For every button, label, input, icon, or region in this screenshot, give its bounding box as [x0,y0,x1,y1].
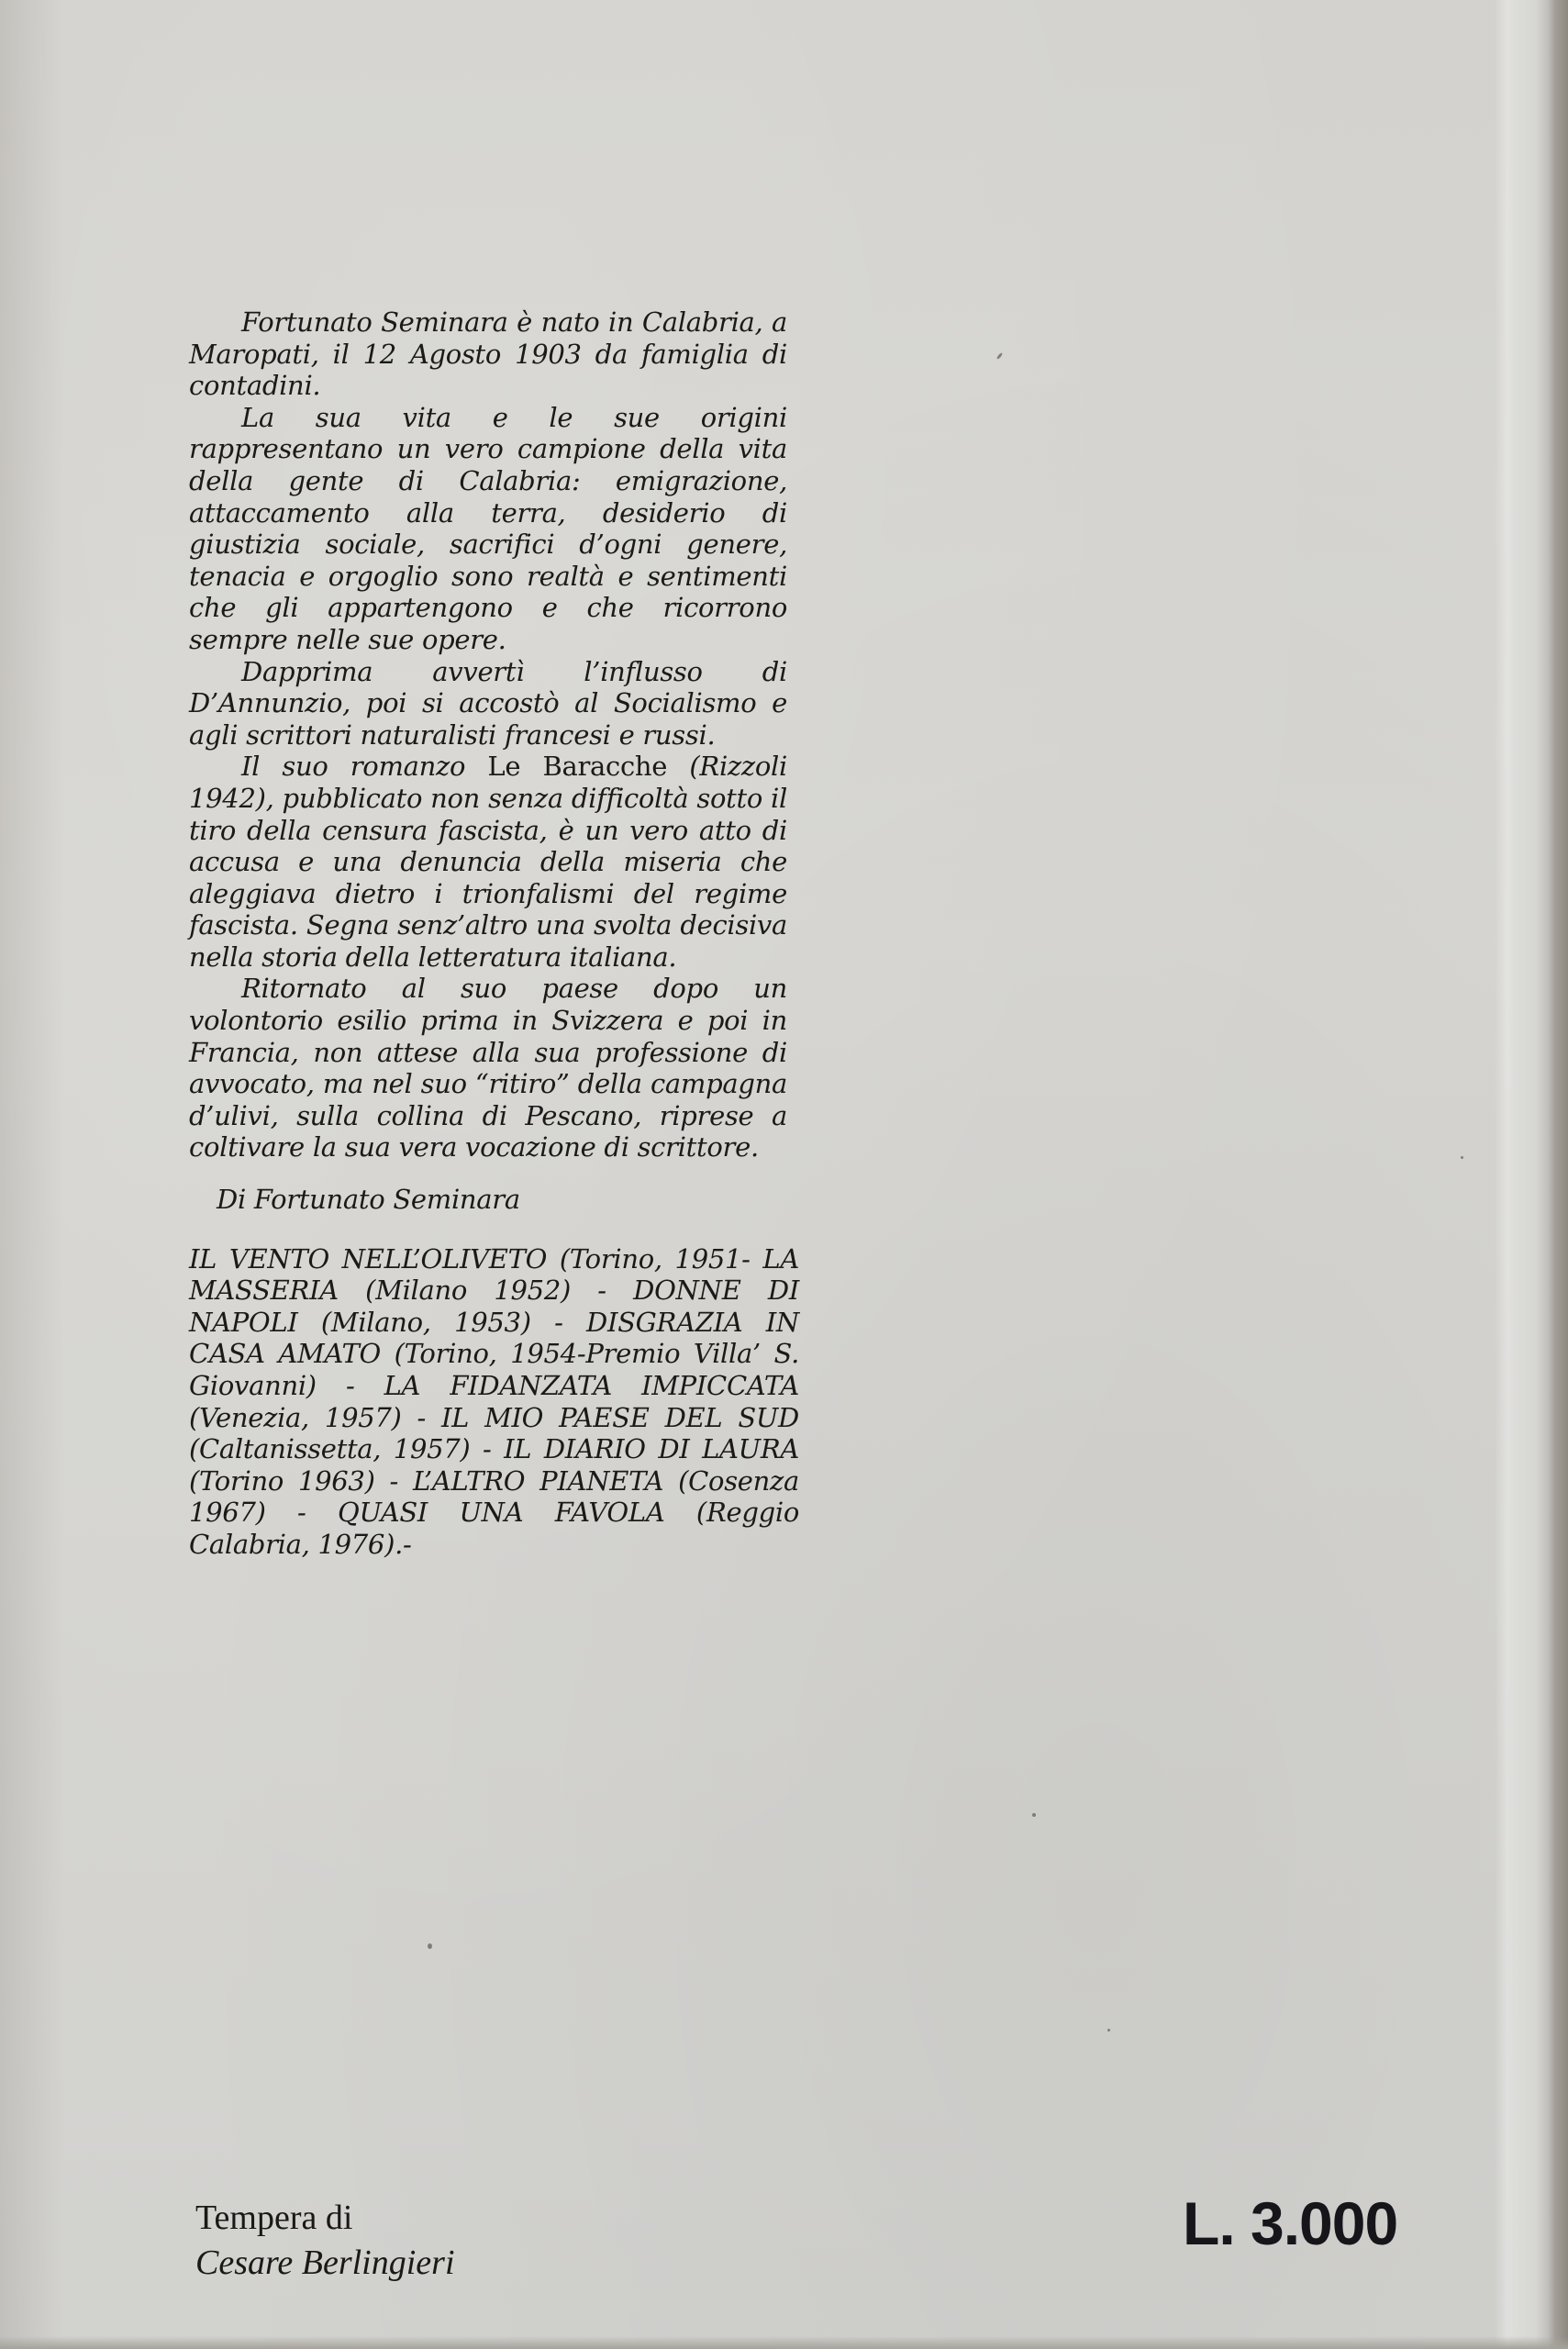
novel-title: Le Baracche [487,751,667,782]
bio-paragraph: Dapprima avvertì l’influsso di D’Annunzi… [189,656,787,751]
paper-speck [428,1943,432,1949]
bio-paragraph: Fortunato Seminara è nato in Calabria, a… [189,306,787,402]
paper-speck [1032,1813,1036,1817]
author-biography: Fortunato Seminara è nato in Calabria, a… [189,306,787,1163]
bibliography-list: IL VENTO NELL’OLIVETO (Torino, 1951- LA … [189,1243,799,1561]
credit-label: Tempera di [195,2196,455,2241]
bibliography-heading: Di Fortunato Seminara [189,1184,787,1216]
spine-edge [1495,0,1568,2349]
paper-speck [996,352,1003,360]
back-cover-text: Fortunato Seminara è nato in Calabria, a… [189,306,787,1561]
artist-name: Cesare Berlingieri [195,2241,455,2286]
cover-art-credit: Tempera di Cesare Berlingieri [195,2196,455,2286]
bottom-edge [0,2336,1568,2349]
price-label: L. 3.000 [1183,2188,1397,2258]
paper-speck [1107,2029,1110,2032]
paper-speck [1461,1156,1463,1159]
bio-paragraph-novel: Il suo romanzo Le Baracche (Rizzoli 1942… [189,751,787,973]
novel-suffix: (Rizzoli 1942), pubblicato non senza dif… [189,751,787,973]
bio-paragraph: Ritornato al suo paese dopo un volontori… [189,973,787,1163]
novel-prefix: Il suo romanzo [241,751,487,782]
bio-paragraph: La sua vita e le sue origini rappresenta… [189,402,787,656]
